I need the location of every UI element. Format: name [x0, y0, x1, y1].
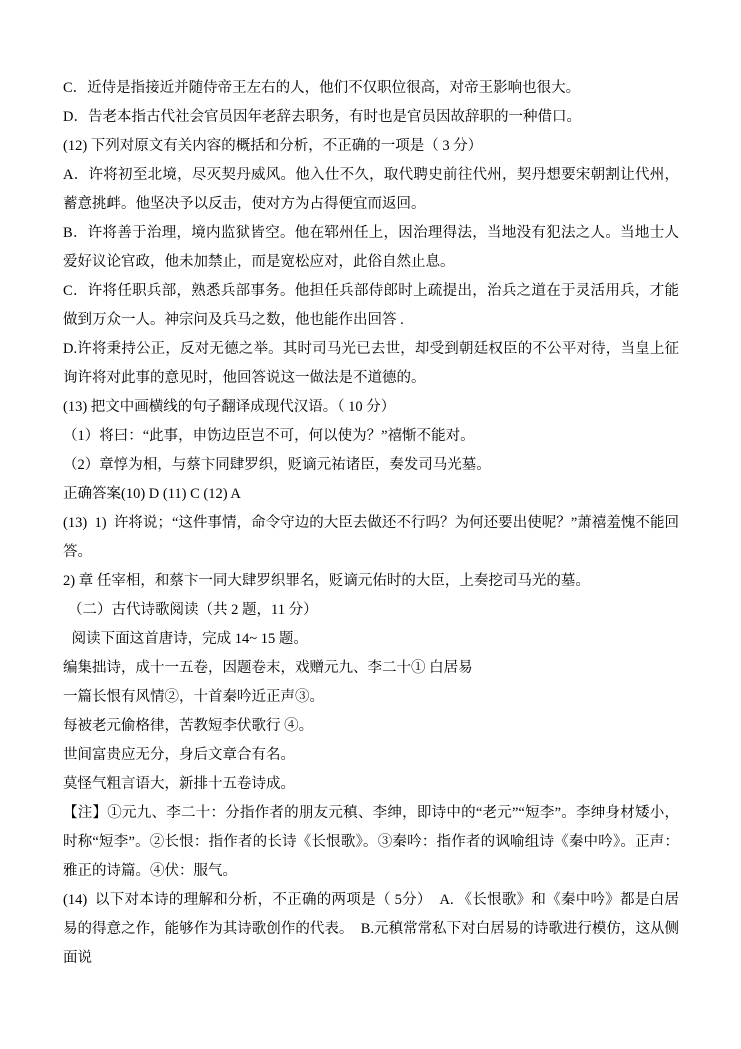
paragraph: 一篇长恨有风情②，十首秦吟近正声③。 — [63, 683, 679, 712]
paragraph: 每被老元偷格律，苦教短李伏歌行 ④。 — [63, 712, 679, 741]
paragraph: （2）章惇为相，与蔡卞同肆罗织，贬谪元祐诸臣，奏发司马光墓。 — [63, 451, 679, 480]
document-body: C．近侍是指接近并随侍帝王左右的人，他们不仅职位很高，对帝王影响也很大。D．告老… — [63, 74, 679, 973]
paragraph: 阅读下面这首唐诗，完成 14~ 15 题。 — [63, 625, 679, 654]
paragraph: C．近侍是指接近并随侍帝王左右的人，他们不仅职位很高，对帝王影响也很大。 — [63, 74, 679, 103]
paragraph: C．许将任职兵部，熟悉兵部事务。他担任兵部侍郎时上疏提出，治兵之道在于灵活用兵，… — [63, 277, 679, 335]
paragraph: D.许将秉持公正，反对无德之举。其时司马光已去世，却受到朝廷权臣的不公平对待，当… — [63, 335, 679, 393]
paragraph: 编集拙诗，成十一五卷，因题卷末，戏赠元九、李二十① 白居易 — [63, 654, 679, 683]
paragraph: (13) 1) 许将说；“这件事情，命令守边的大臣去做还不行吗？为何还要出使呢？… — [63, 509, 679, 567]
paragraph: 莫怪气粗言语大，新排十五卷诗成。 — [63, 770, 679, 799]
paragraph: B．许将善于治理，境内监狱皆空。他在郓州任上，因治理得法，当地没有犯法之人。当地… — [63, 219, 679, 277]
paragraph: 世间富贵应无分，身后文章合有名。 — [63, 741, 679, 770]
paragraph: D．告老本指古代社会官员因年老辞去职务，有时也是官员因故辞职的一种借口。 — [63, 103, 679, 132]
paragraph: （二）古代诗歌阅读（共 2 题，11 分） — [63, 596, 679, 625]
paragraph: 正确答案(10) D (11) C (12) A — [63, 480, 679, 509]
document-page: C．近侍是指接近并随侍帝王左右的人，他们不仅职位很高，对帝王影响也很大。D．告老… — [0, 0, 741, 1049]
paragraph: (13) 把文中画横线的句子翻译成现代汉语。（ 10 分） — [63, 393, 679, 422]
paragraph: (12) 下列对原文有关内容的概括和分析，不正确的一项是（ 3 分） — [63, 132, 679, 161]
paragraph: A．许将初至北境，尽灭契丹威风。他入仕不久，取代聘史前往代州，契丹想要宋朝割让代… — [63, 161, 679, 219]
paragraph: 2) 章 任宰相，和蔡卞一同大肆罗织罪名，贬谪元佑时的大臣，上奏挖司马光的墓。 — [63, 567, 679, 596]
paragraph: 【注】①元九、李二十：分指作者的朋友元稹、李绅，即诗中的“老元”“短李”。李绅身… — [63, 799, 679, 886]
paragraph: (14) 以下对本诗的理解和分析，不正确的两项是（ 5分） A. 《长恨歌》和《… — [63, 886, 679, 973]
paragraph: （1）将曰：“此事，申饬边臣岂不可，何以使为？”禧惭不能对。 — [63, 422, 679, 451]
